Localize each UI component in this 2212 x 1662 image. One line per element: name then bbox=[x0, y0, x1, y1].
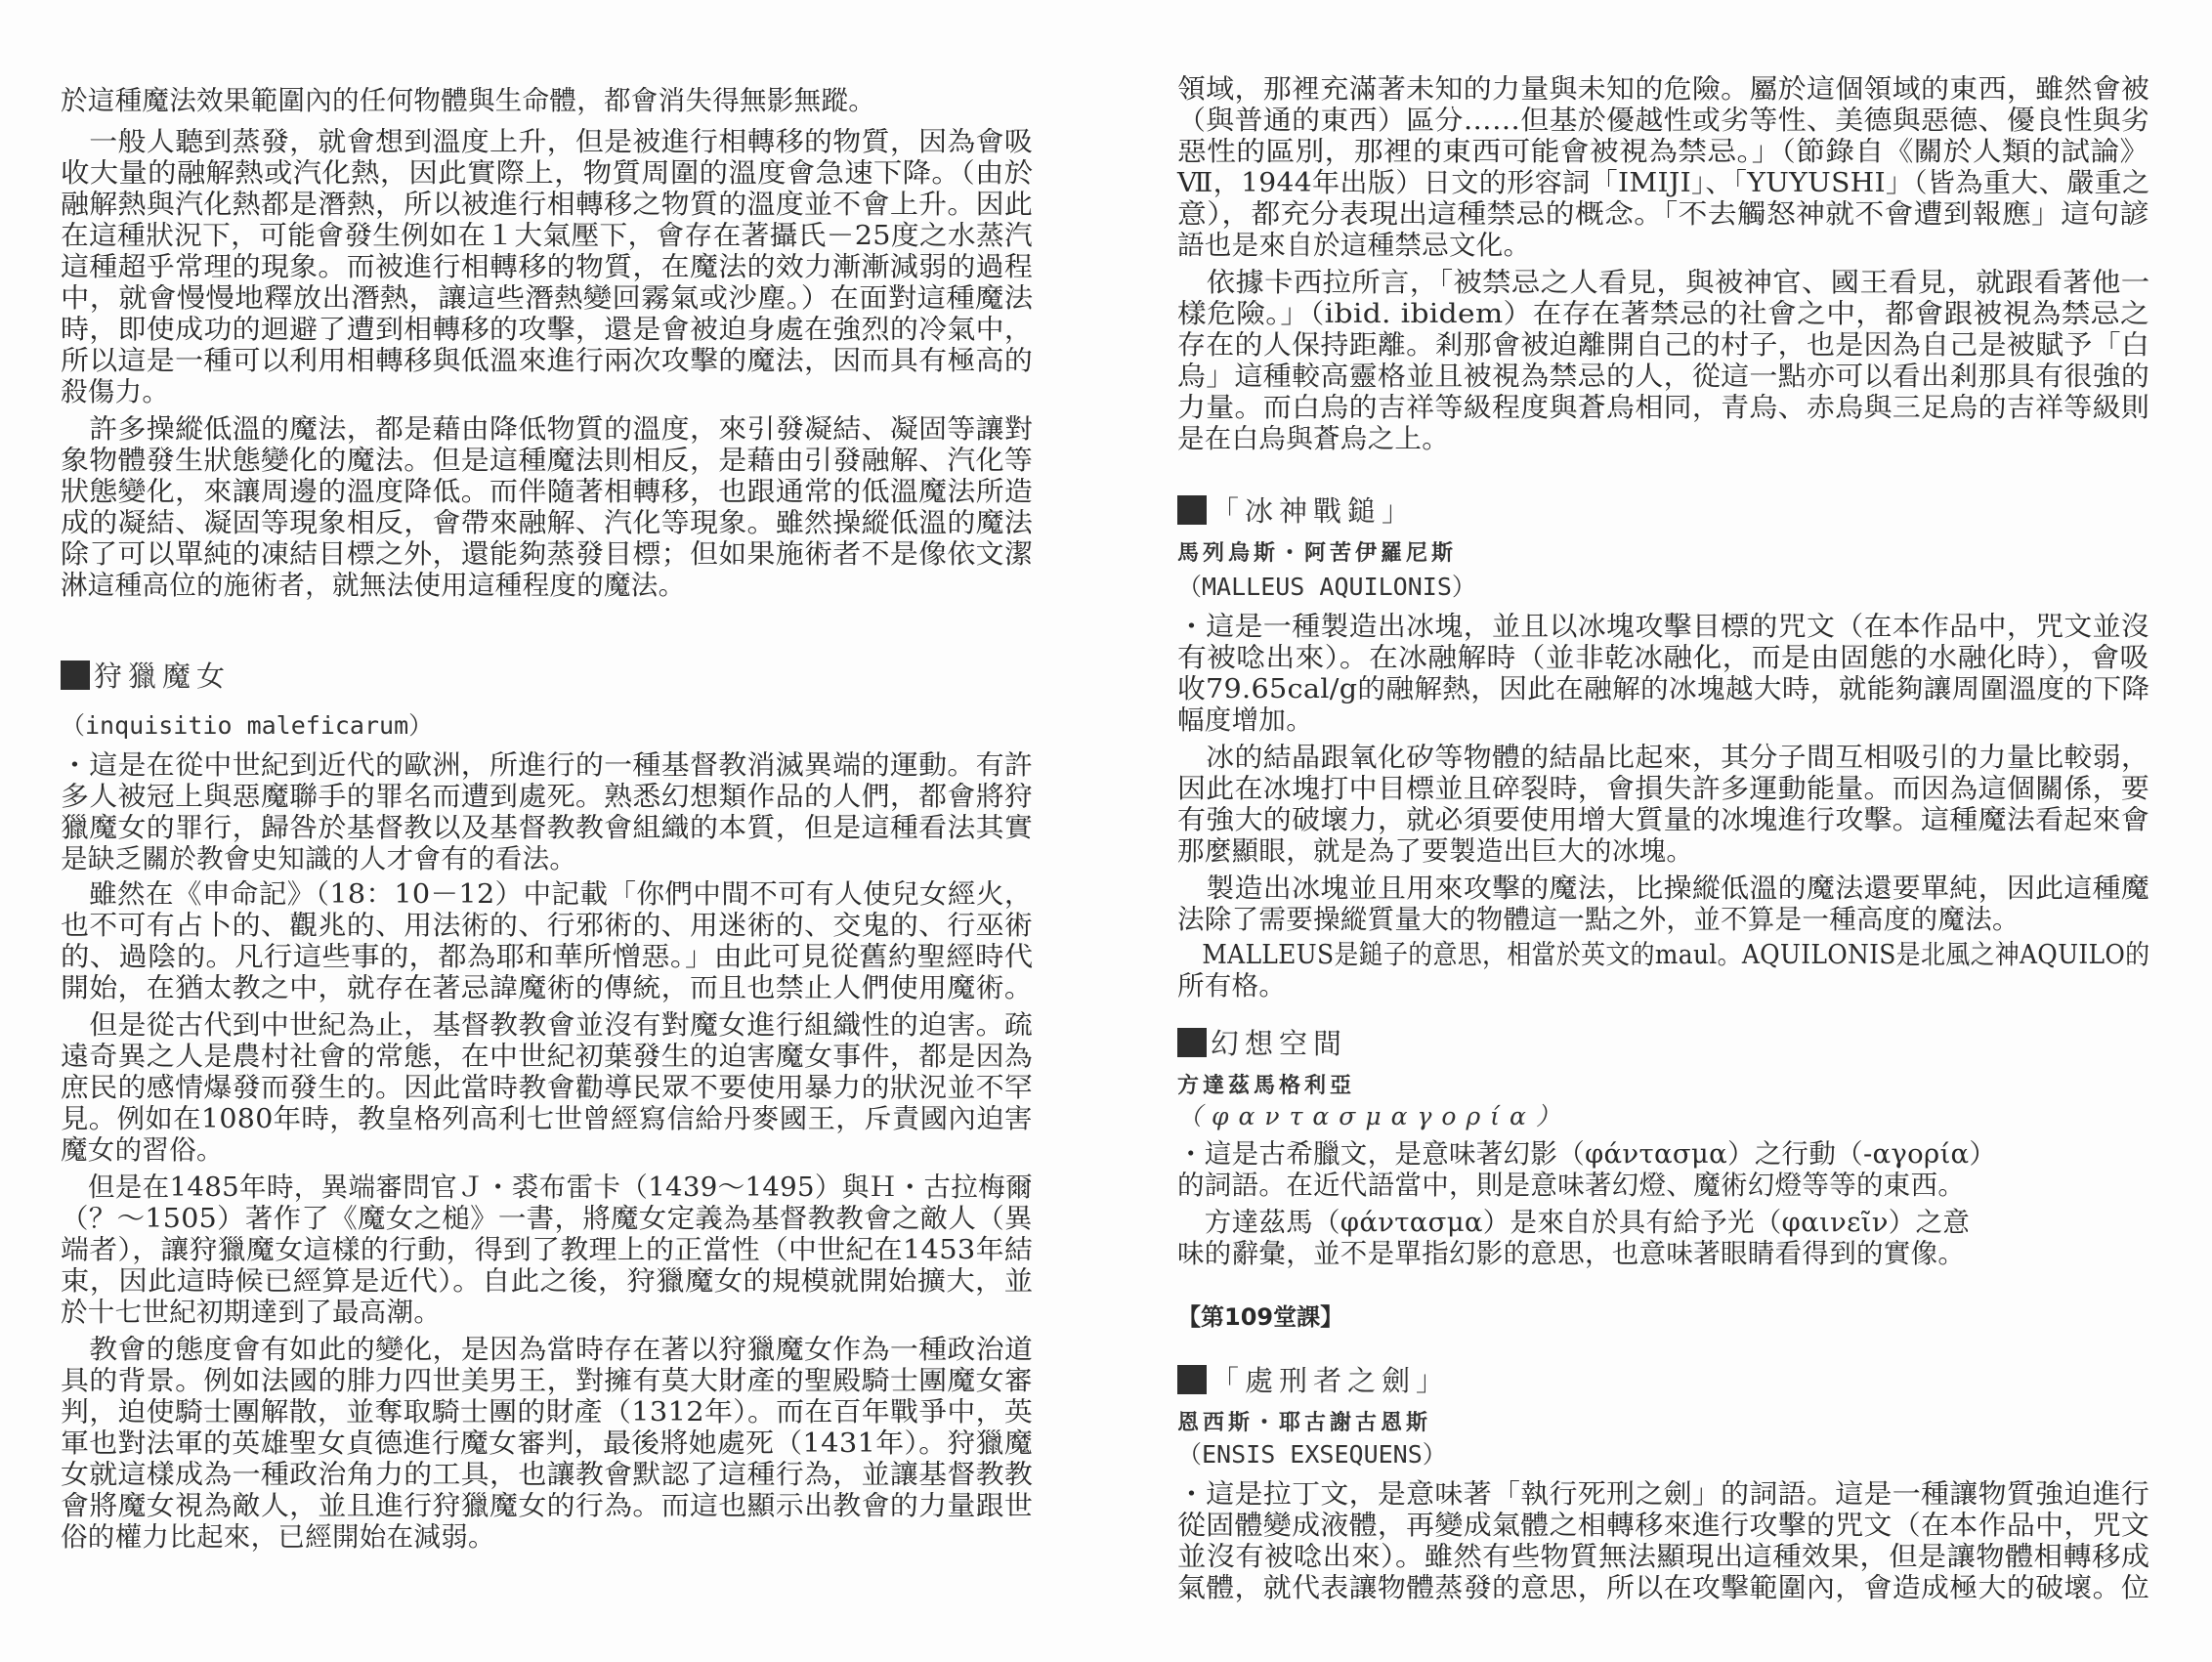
body-line: 時，即使成功的迴避了遭到相轉移的攻擊，還是會被迫身處在強烈的冷氣中， bbox=[61, 315, 1033, 344]
heading-text: 幻想空間 bbox=[1211, 1027, 1347, 1060]
body-line: 力量。而白烏的吉祥等級程度與蒼烏相同，青烏、赤烏與三足烏的吉祥等級則 bbox=[1177, 393, 2149, 422]
body-line: MALLEUS是鎚子的意思，相當於英文的maul。AQUILONIS是北風之神A… bbox=[1177, 940, 2149, 969]
body-line: 許多操縱低溫的魔法，都是藉由降低物質的溫度，來引發凝結、凝固等讓對 bbox=[61, 414, 1033, 444]
body-line: 的、過陰的。凡行這些事的，都為耶和華所憎惡。」由此可見從舊約聖經時代 bbox=[61, 942, 1033, 971]
body-line: 存在的人保持距離。剎那會被迫離開自己的村子，也是因為自己是被賦予「白 bbox=[1177, 330, 2149, 360]
heading-text: 「處刑者之劍」 bbox=[1211, 1364, 1450, 1397]
section-heading-phantasmagoria: 幻想空間 bbox=[1177, 1026, 1347, 1061]
body-line: Ⅶ，1944年出版）日文的形容詞「IMIJI」、「YUYUSHI」（皆為重大、嚴… bbox=[1177, 168, 2149, 197]
latin-term: （MALLEUS AQUILONIS） bbox=[1177, 573, 1476, 602]
body-line: 是缺乏關於教會史知識的人才會有的看法。 bbox=[61, 844, 576, 874]
reading-text: 方達茲馬格利亞 bbox=[1177, 1073, 1355, 1098]
body-line: 具的背景。例如法國的腓力四世美男王，對擁有莫大財產的聖殿騎士團魔女審 bbox=[61, 1366, 1033, 1395]
greek-term: （φαντασμαγορία） bbox=[1177, 1102, 1570, 1131]
body-line: 語也是來自於這種禁忌文化。 bbox=[1177, 231, 1530, 260]
body-line: 收大量的融解熱或汽化熱，因此實際上，物質周圍的溫度會急速下降。（由於 bbox=[61, 158, 1033, 188]
body-line: 味的辭彙，並不是單指幻影的意思，也意味著眼睛看得到的實像。 bbox=[1177, 1239, 1965, 1268]
body-line: 氣體，就代表讓物體蒸發的意思，所以在攻擊範圍內，會造成極大的破壞。位 bbox=[1177, 1573, 2149, 1602]
body-line: 於十七世紀初期達到了最高潮。 bbox=[61, 1298, 441, 1327]
body-line: 也不可有占卜的、觀兆的、用法術的、行邪術的、用迷術的、交鬼的、行巫術 bbox=[61, 911, 1033, 940]
body-line: 依據卡西拉所言，「被禁忌之人看見，與被神官、國王看見，就跟看著他一 bbox=[1177, 268, 2149, 297]
body-line: 軍也對法軍的英雄聖女貞德進行魔女審判，最後將她處死（1431年）。狩獵魔 bbox=[61, 1428, 1033, 1458]
body-line: 幅度增加。 bbox=[1177, 705, 1313, 735]
body-line: 方達茲馬（φάντασμα）是來自於具有給予光（φαινεῖν）之意 bbox=[1177, 1208, 1970, 1237]
body-line: 女就這樣成為一種政治角力的工具，也讓教會默認了這種行為，並讓基督教教 bbox=[61, 1460, 1033, 1489]
body-line: 多人被冠上與惡魔聯手的罪名而遭到處死。熟悉幻想類作品的人們，都會將狩 bbox=[61, 782, 1033, 811]
body-line: 魔女的習俗。 bbox=[61, 1135, 224, 1165]
right-page: 領域，那裡充滿著未知的力量與未知的危險。屬於這個領域的東西，雖然會被 （與普通的… bbox=[1177, 0, 2154, 1662]
body-line: 這種超乎常理的現象。而被進行相轉移的物質，在魔法的效力漸漸減弱的過程 bbox=[61, 252, 1033, 281]
body-line: （與普通的東西）區分……但基於優越性或劣等性、美德與惡德、優良性與劣 bbox=[1177, 106, 2149, 135]
left-page: 於這種魔法效果範圍內的任何物體與生命體，都會消失得無影無蹤。 一般人聽到蒸發，就… bbox=[61, 0, 1038, 1662]
body-line: ・這是拉丁文，是意味著「執行死刑之劍」的詞語。這是一種讓物質強迫進行 bbox=[1177, 1479, 2149, 1509]
body-line: 樣危險。」（ibid. ibidem）在存在著禁忌的社會之中，都會跟被視為禁忌之 bbox=[1177, 299, 2149, 328]
heading-block-marker bbox=[1177, 1365, 1207, 1394]
body-line: 雖然在《申命記》（18：10－12）中記載「你們中間不可有人使兒女經火， bbox=[61, 879, 1033, 909]
body-line: 成的凝結、凝固等現象相反，會帶來融解、汽化等現象。雖然操縱低溫的魔法 bbox=[61, 508, 1033, 537]
body-line: ・這是一種製造出冰塊，並且以冰塊攻擊目標的咒文（在本作品中，咒文並沒 bbox=[1177, 612, 2149, 641]
body-line: 製造出冰塊並且用來攻擊的魔法，比操縱低溫的魔法還要單純，因此這種魔 bbox=[1177, 874, 2149, 903]
body-line: 有被唸出來）。在冰融解時（並非乾冰融化，而是由固態的水融化時），會吸 bbox=[1177, 643, 2149, 672]
body-line: 狀態變化，來讓周邊的溫度降低。而伴隨著相轉移，也跟通常的低溫魔法所造 bbox=[61, 477, 1033, 506]
body-line: 所有格。 bbox=[1177, 971, 1286, 1001]
body-line: 教會的態度會有如此的變化，是因為當時存在著以狩獵魔女作為一種政治道 bbox=[61, 1335, 1033, 1364]
body-line: （？～1505）著作了《魔女之槌》一書，將魔女定義為基督教教會之敵人（異 bbox=[61, 1204, 1033, 1233]
reading-text: 恩西斯・耶古謝古恩斯 bbox=[1177, 1410, 1431, 1435]
body-line: 法除了需要操縱質量大的物體這一點之外，並不算是一種高度的魔法。 bbox=[1177, 905, 2020, 934]
body-line: ・這是在從中世紀到近代的歐洲，所進行的一種基督教消滅異端的運動。有許 bbox=[61, 750, 1033, 780]
body-line: 淋這種高位的施術者，就無法使用這種程度的魔法。 bbox=[61, 571, 685, 600]
body-line: 那麼顯眼，就是為了要製造出巨大的冰塊。 bbox=[1177, 836, 1693, 866]
body-line: 是在白烏與蒼烏之上。 bbox=[1177, 424, 1449, 453]
heading-block-marker bbox=[61, 661, 90, 690]
body-line: 領域，那裡充滿著未知的力量與未知的危險。屬於這個領域的東西，雖然會被 bbox=[1177, 74, 2149, 104]
body-line: 因此在冰塊打中目標並且碎裂時，會損失許多運動能量。而因為這個關係，要 bbox=[1177, 774, 2149, 803]
heading-text: 狩獵魔女 bbox=[94, 660, 231, 693]
body-line: 所以這是一種可以利用相轉移與低溫來進行兩次攻擊的魔法，因而具有極高的 bbox=[61, 346, 1033, 375]
body-line: 束，因此這時候已經算是近代）。自此之後，狩獵魔女的規模就開始擴大，並 bbox=[61, 1266, 1033, 1296]
body-line: 但是從古代到中世紀為止，基督教教會並沒有對魔女進行組織性的迫害。疏 bbox=[61, 1010, 1033, 1040]
body-line: 收79.65cal/g的融解熱，因此在融解的冰塊越大時，就能夠讓周圍溫度的下降 bbox=[1177, 674, 2149, 703]
heading-block-marker bbox=[1177, 1028, 1207, 1057]
lesson-marker: 【第109堂課】 bbox=[1177, 1303, 1343, 1331]
body-line: 除了可以單純的凍結目標之外，還能夠蒸發目標；但如果施術者不是像依文潔 bbox=[61, 539, 1033, 569]
body-line: 從固體變成液體，再變成氣體之相轉移來進行攻擊的咒文（在本作品中，咒文 bbox=[1177, 1511, 2149, 1540]
latin-term: （inquisitio maleficarum） bbox=[61, 711, 433, 741]
body-line: 並沒有被唸出來）。雖然有些物質無法顯現出這種效果，但是讓物體相轉移成 bbox=[1177, 1542, 2149, 1571]
heading-text: 「冰神戰鎚」 bbox=[1211, 494, 1416, 528]
body-line: 的詞語。在近代語當中，則是意味著幻燈、魔術幻燈等等的東西。 bbox=[1177, 1171, 1965, 1200]
body-line: 獵魔女的罪行，歸咎於基督教以及基督教教會組織的本質，但是這種看法其實 bbox=[61, 813, 1033, 842]
body-line: 俗的權力比起來，已經開始在減弱。 bbox=[61, 1522, 495, 1552]
body-line: 見。例如在1080年時，教皇格列高利七世曾經寫信給丹麥國王，斥責國內迫害 bbox=[61, 1104, 1033, 1133]
section-heading-witch-hunt: 狩獵魔女 bbox=[61, 659, 231, 694]
reading-text: 馬列烏斯・阿苦伊羅尼斯 bbox=[1177, 540, 1457, 566]
body-line: 融解熱與汽化熱都是潛熱，所以被進行相轉移之物質的溫度並不會上升。因此 bbox=[61, 190, 1033, 219]
latin-term: （ENSIS EXSEQUENS） bbox=[1177, 1440, 1447, 1470]
body-line: ・這是古希臘文，是意味著幻影（φάντασμα）之行動（-αγορία） bbox=[1177, 1139, 1996, 1169]
body-line: 意），都充分表現出這種禁忌的概念。「不去觸怒神就不會遭到報應」這句諺 bbox=[1177, 199, 2149, 229]
body-line: 判，迫使騎士團解散，並奪取騎士團的財產（1312年）。而在百年戰爭中，英 bbox=[61, 1397, 1033, 1427]
body-line: 惡性的區別，那裡的東西可能會被視為禁忌。」（節錄自《關於人類的試論》 bbox=[1177, 137, 2149, 166]
body-line: 烏」這種較高靈格並且被視為禁忌的人，從這一點亦可以看出剎那具有很強的 bbox=[1177, 362, 2149, 391]
body-line: 在這種狀況下，可能會發生例如在１大氣壓下，會存在著攝氏－25度之水蒸汽 bbox=[61, 221, 1033, 250]
section-heading-ensis: 「處刑者之劍」 bbox=[1177, 1363, 1450, 1398]
body-line: 有強大的破壞力，就必須要使用增大質量的冰塊進行攻擊。這種魔法看起來會 bbox=[1177, 805, 2149, 834]
body-line: 中，就會慢慢地釋放出潛熱，讓這些潛熱變回霧氣或沙塵。）在面對這種魔法 bbox=[61, 283, 1033, 313]
body-line: 開始，在猶太教之中，就存在著忌諱魔術的傳統，而且也禁止人們使用魔術。 bbox=[61, 973, 1033, 1002]
body-line: 於這種魔法效果範圍內的任何物體與生命體，都會消失得無影無蹤。 bbox=[61, 86, 875, 115]
heading-block-marker bbox=[1177, 495, 1207, 525]
section-heading-malleus: 「冰神戰鎚」 bbox=[1177, 493, 1416, 529]
body-line: 端者），讓狩獵魔女這樣的行動，得到了教理上的正當性（中世紀在1453年結 bbox=[61, 1235, 1033, 1264]
body-line: 殺傷力。 bbox=[61, 377, 169, 406]
body-line: 但是在1485年時，異端審問官Ｊ・裘布雷卡（1439～1495）與Ｈ・古拉梅爾 bbox=[61, 1172, 1033, 1202]
body-line: 一般人聽到蒸發，就會想到溫度上升，但是被進行相轉移的物質，因為會吸 bbox=[61, 127, 1033, 156]
body-line: 冰的結晶跟氧化矽等物體的結晶比起來，其分子間互相吸引的力量比較弱， bbox=[1177, 743, 2149, 772]
body-line: 象物體發生狀態變化的魔法。但是這種魔法則相反，是藉由引發融解、汽化等 bbox=[61, 446, 1033, 475]
body-line: 庶民的感情爆發而發生的。因此當時教會勸導民眾不要使用暴力的狀況並不罕 bbox=[61, 1073, 1033, 1102]
body-line: 遠奇異之人是農村社會的常態，在中世紀初葉發生的迫害魔女事件，都是因為 bbox=[61, 1042, 1033, 1071]
body-line: 會將魔女視為敵人，並且進行狩獵魔女的行為。而這也顯示出教會的力量跟世 bbox=[61, 1491, 1033, 1520]
